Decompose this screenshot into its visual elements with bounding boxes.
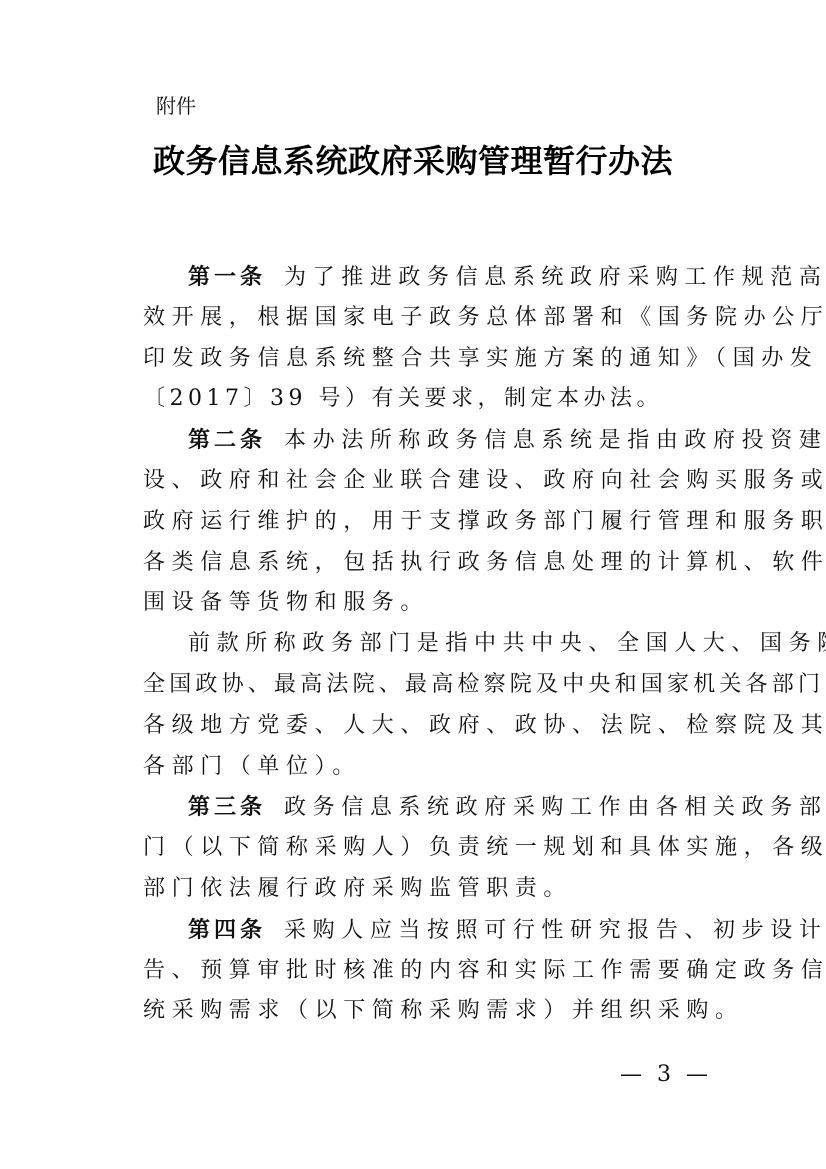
attachment-label: 附件 [156,90,196,119]
document-page: 附件 政务信息系统政府采购管理暂行办法 第一条为了推进政务信息系统政府采购工作规… [0,0,826,1169]
article-label: 第三条 [188,794,266,820]
article-2: 第二条本办法所称政务信息系统是指由政府投资建 设、政府和社会企业联合建设、政府向… [143,420,693,624]
article-1: 第一条为了推进政务信息系统政府采购工作规范高 效开展，根据国家电子政务总体部署和… [143,257,693,420]
paragraph-line: 效开展，根据国家电子政务总体部署和《国务院办公厅关于 [143,298,693,339]
article-4: 第四条采购人应当按照可行性研究报告、初步设计报 告、预算审批时核准的内容和实际工… [143,910,693,1032]
paragraph-departments: 前款所称政务部门是指中共中央、全国人大、国务院、 全国政协、最高法院、最高检察院… [143,624,693,787]
paragraph-line: 各部门（单位）。 [143,747,693,788]
document-title: 政务信息系统政府采购管理暂行办法 [0,136,826,182]
paragraph-line: 设、政府和社会企业联合建设、政府向社会购买服务或需要 [143,461,693,502]
paragraph-line: 政府运行维护的，用于支撑政务部门履行管理和服务职能的 [143,502,693,543]
paragraph-line: 统采购需求（以下简称采购需求）并组织采购。 [143,991,693,1032]
article-label: 第二条 [188,427,266,453]
paragraph-line: 印发政务信息系统整合共享实施方案的通知》（国办发 [143,339,693,380]
paragraph-line: 各类信息系统，包括执行政务信息处理的计算机、软件和外 [143,543,693,584]
paragraph-line: 告、预算审批时核准的内容和实际工作需要确定政务信息系 [143,951,693,992]
paragraph-line: 全国政协、最高法院、最高检察院及中央和国家机关各部门， [143,665,693,706]
article-3: 第三条政务信息系统政府采购工作由各相关政务部 门（以下简称采购人）负责统一规划和… [143,787,693,909]
paragraph-line: 门（以下简称采购人）负责统一规划和具体实施，各级财政 [143,828,693,869]
paragraph-line: 第三条政务信息系统政府采购工作由各相关政务部 [143,787,693,828]
paragraph-line: 第二条本办法所称政务信息系统是指由政府投资建 [143,420,693,461]
article-label: 第一条 [188,264,266,290]
document-body: 第一条为了推进政务信息系统政府采购工作规范高 效开展，根据国家电子政务总体部署和… [143,257,693,1032]
paragraph-line: 〔2017〕39 号）有关要求，制定本办法。 [143,379,693,420]
paragraph-line: 部门依法履行政府采购监管职责。 [143,869,693,910]
paragraph-line: 第四条采购人应当按照可行性研究报告、初步设计报 [143,910,693,951]
paragraph-line: 第一条为了推进政务信息系统政府采购工作规范高 [143,257,693,298]
article-label: 第四条 [188,917,266,943]
paragraph-line: 各级地方党委、人大、政府、政协、法院、检察院及其直属 [143,706,693,747]
paragraph-line: 围设备等货物和服务。 [143,583,693,624]
paragraph-line: 前款所称政务部门是指中共中央、全国人大、国务院、 [143,624,693,665]
page-number: — 3 — [620,1062,712,1087]
